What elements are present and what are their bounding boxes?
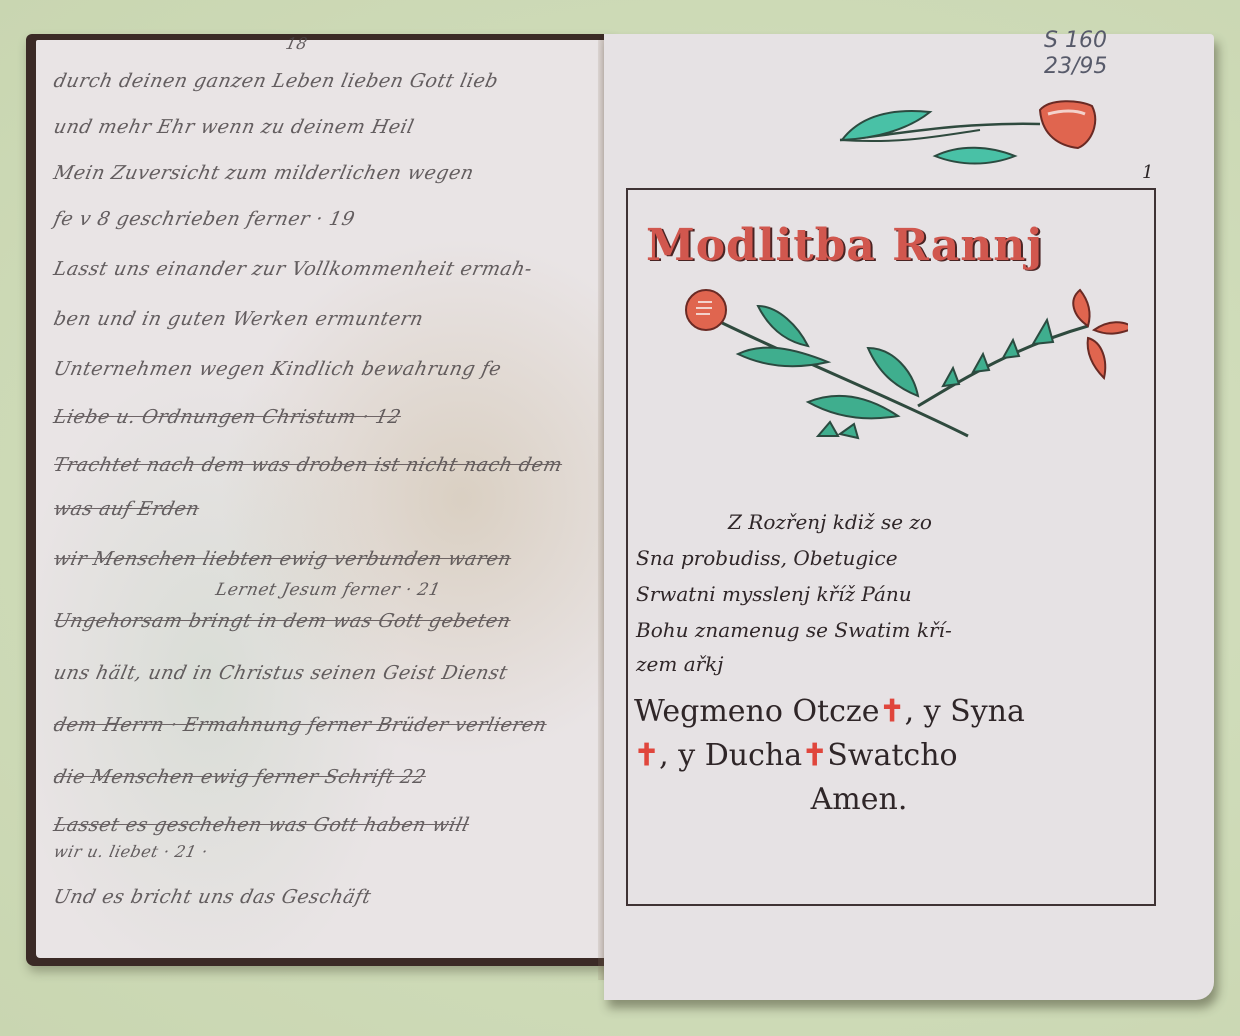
prayer-segment: , y Syna [905,694,1025,729]
intro-line: Bohu znamenug se Swatim kří- [636,618,1146,642]
handwritten-line: uns hält, und in Christus seinen Geist D… [52,662,510,684]
intro-line: Srwatni mysslenj kříž Pánu [636,582,1146,606]
rose-branch-illustration [668,286,1128,456]
left-page: 18 durch deinen ganzen Leben lieben Gott… [36,40,604,958]
handwritten-line: Unternehmen wegen Kindlich bewahrung fe [52,358,504,380]
handwritten-line: Lasst uns einander zur Vollkommenheit er… [52,258,535,280]
handwritten-line-struck: Trachtet nach dem was droben ist nicht n… [52,454,565,476]
handwritten-line-struck: wir Menschen liebten ewig verbunden ware… [52,548,514,570]
page-number: 1 [1142,162,1153,183]
handwritten-line-struck: dem Herrn · Ermahnung ferner Brüder verl… [52,714,549,736]
handwritten-line: fe v 8 geschrieben ferner · 19 [52,208,357,230]
prayer-text: Wegmeno Otcze✝, y Syna ✝, y Ducha✝Swatch… [634,690,1154,822]
handwritten-line: Und es bricht uns das Geschäft [52,886,374,908]
handwritten-line: Mein Zuversicht zum milderlichen wegen [52,162,476,184]
shelfmark-line: S 160 [1044,28,1164,54]
handwritten-line-struck: was auf Erden [52,498,202,520]
handwritten-line: ben und in guten Werken ermuntern [52,308,426,330]
handwritten-line: und mehr Ehr wenn zu deinem Heil [52,116,417,138]
handwritten-line: durch deinen ganzen Leben lieben Gott li… [52,70,501,92]
handwritten-line-struck: die Menschen ewig ferner Schrift 22 [52,766,428,788]
page-frame: Modlitba Rannj Z Rozřenj kdiž se zo Sna … [626,188,1156,906]
prayer-line: Wegmeno Otcze✝, y Syna [634,690,1154,734]
tulip-illustration-top [830,96,1130,176]
marginal-note: 18 [284,34,309,53]
handwritten-line-struck: Liebe u. Ordnungen Christum · 12 [52,406,403,428]
shelfmark-line: 23/95 [1044,54,1164,80]
prayer-segment: Swatcho [827,738,957,773]
right-page: S 160 23/95 1 Modlitba Rannj [604,34,1214,1000]
intro-line: Sna probudiss, Obetugice [636,546,1146,570]
prayer-segment: , y Ducha [659,738,802,773]
handwritten-line-struck: Lasset es geschehen was Gott haben will [52,814,472,836]
handwritten-line: Lernet Jesum ferner · 21 [214,580,443,600]
cross-icon: ✝ [802,738,827,773]
cross-icon: ✝ [634,738,659,773]
prayer-line: ✝, y Ducha✝Swatcho [634,734,1154,778]
handwritten-line-struck: Ungehorsam bringt in dem was Gott gebete… [52,610,513,632]
intro-line: zem ařkj [636,652,1146,676]
prayer-segment: Wegmeno Otcze [634,694,879,729]
shelfmark: S 160 23/95 [1044,28,1164,80]
open-book: 18 durch deinen ganzen Leben lieben Gott… [26,34,1224,1014]
intro-line: Z Rozřenj kdiž se zo [728,510,1238,534]
amen-line: Amen. [634,778,1154,822]
cross-icon: ✝ [879,694,904,729]
handwritten-line: wir u. liebet · 21 · [52,842,210,861]
page-title: Modlitba Rannj [646,220,1146,271]
